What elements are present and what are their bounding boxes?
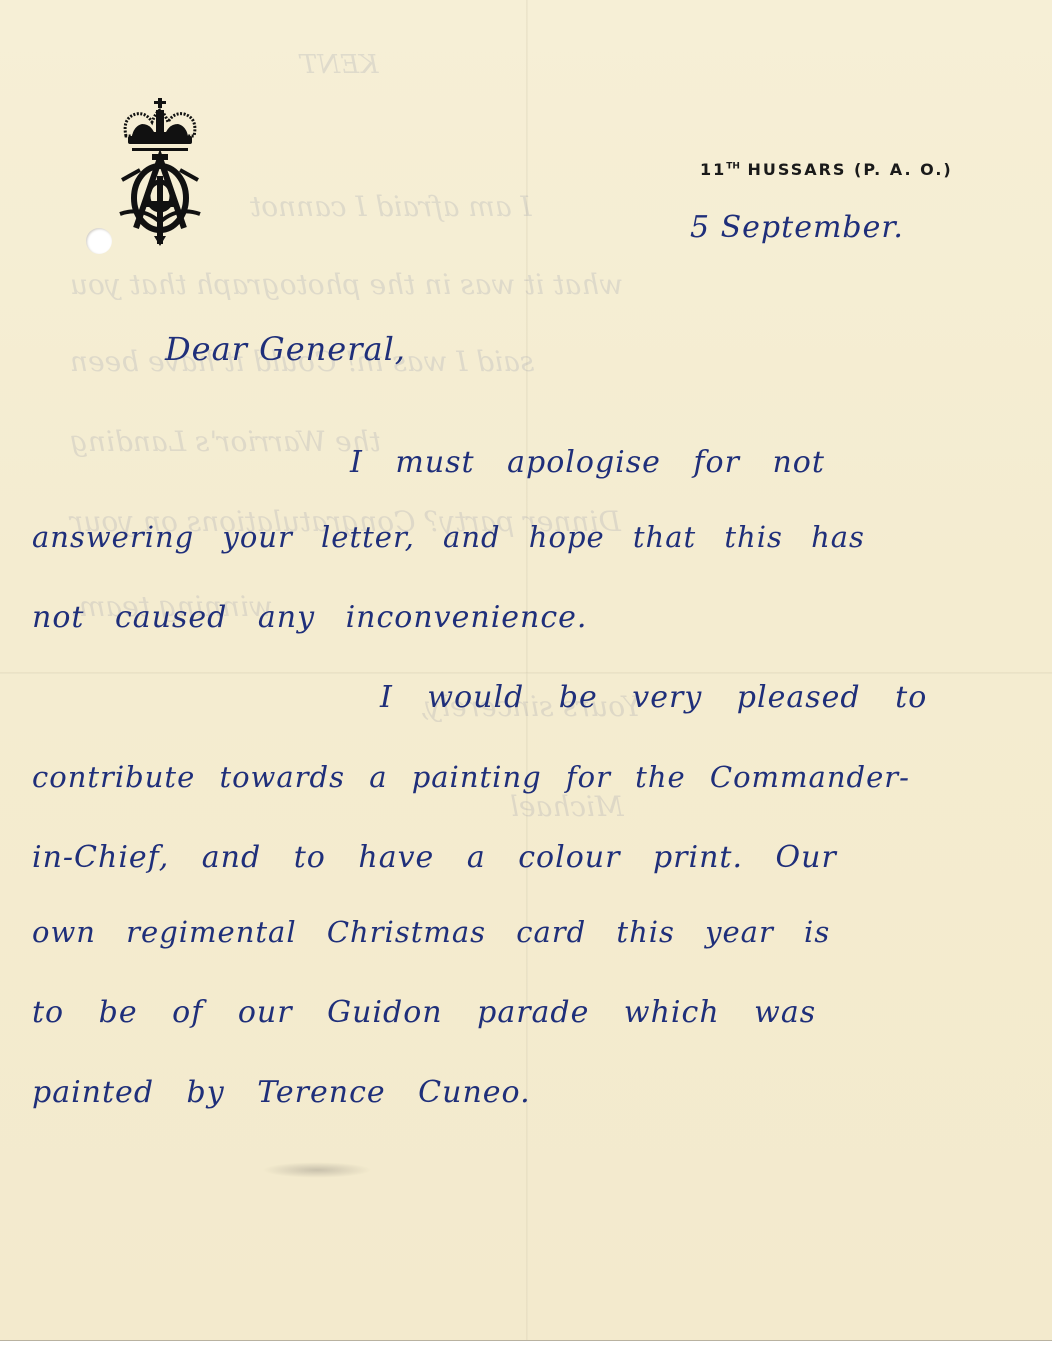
- regiment-number: 11: [700, 160, 726, 179]
- letter-paper: KENT I am afraid I cannot what it was in…: [0, 0, 1052, 1340]
- letter-salutation: Dear General,: [165, 330, 406, 368]
- letter-line: in-Chief, and to have a colour print. Ou…: [32, 840, 837, 875]
- letter-line: contribute towards a painting for the Co…: [32, 760, 910, 794]
- show-through-line: what it was in the photograph that you: [70, 268, 623, 301]
- letterhead-regiment: 11TH HUSSARS (P. A. O.): [700, 160, 953, 179]
- letter-line: own regimental Christmas card this year …: [32, 915, 830, 949]
- page-bottom-edge: [0, 1340, 1052, 1348]
- letter-date: 5 September.: [690, 210, 904, 245]
- horizontal-fold-crease: [0, 672, 1052, 674]
- show-through-line: the Warrior's Landing: [70, 425, 381, 458]
- letter-line: not caused any inconvenience.: [32, 600, 587, 635]
- ink-smudge: [262, 1162, 372, 1178]
- letter-line: I must apologise for not: [350, 445, 825, 480]
- royal-crown-monogram-icon: [112, 96, 208, 246]
- letter-line: painted by Terence Cuneo.: [32, 1075, 531, 1110]
- show-through-line: I am afraid I cannot: [250, 190, 532, 223]
- letter-line: I would be very pleased to: [380, 680, 927, 715]
- regiment-name: HUSSARS (P. A. O.): [748, 160, 953, 179]
- show-through-mark: KENT: [300, 50, 379, 80]
- punch-hole: [86, 228, 112, 254]
- regiment-suffix: TH: [726, 162, 740, 172]
- show-through-line: Michael: [510, 790, 624, 823]
- letter-line: answering your letter, and hope that thi…: [32, 520, 865, 554]
- letter-line: to be of our Guidon parade which was: [32, 995, 816, 1030]
